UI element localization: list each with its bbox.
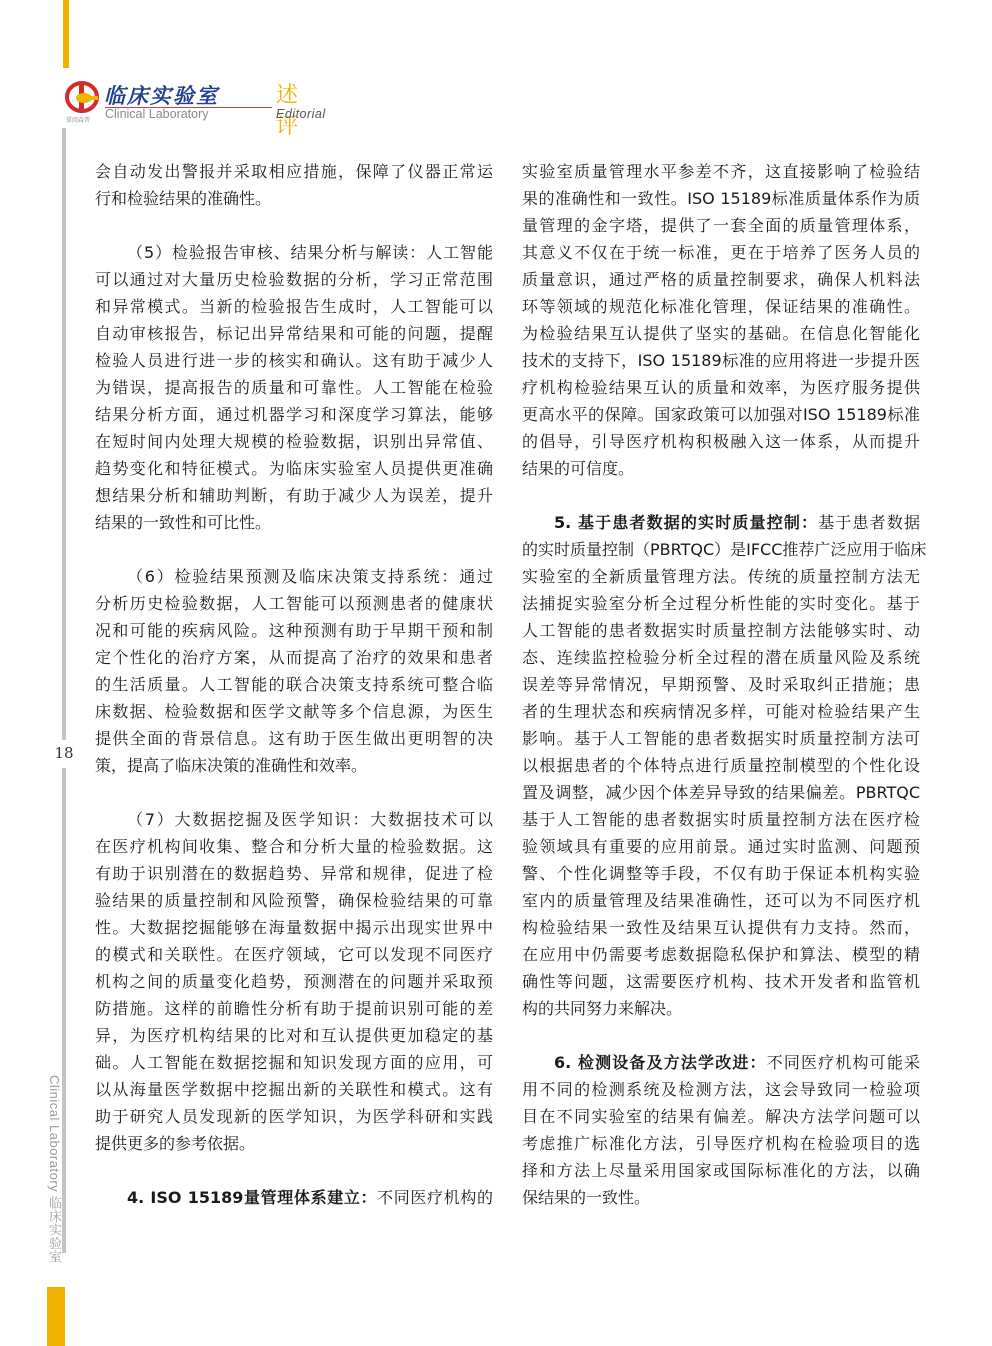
text-line: 为检验结果互认提供了坚实的基础。在信息化智能化 <box>522 320 920 347</box>
logo-title-en: Clinical Laboratory <box>105 107 209 121</box>
text-line: 会自动发出警报并采取相应措施，保障了仪器正常运 <box>95 158 493 185</box>
section-5-first-line: 5. 基于患者数据的实时质量控制：基于患者数据 <box>522 509 920 536</box>
text-line: 的生活质量。人工智能的联合决策支持系统可整合临 <box>95 671 493 698</box>
text-line: 在短时间内处理大规模的检验数据，识别出异常值、 <box>95 428 493 455</box>
text-line: 择和方法上尽量采用国家或国际标准化的方法，以确 <box>522 1157 920 1184</box>
text-line: 基于人工智能的患者数据实时质量控制方法在医疗检 <box>522 806 920 833</box>
text-line: 以从海量医学数据中挖掘出新的关联性和模式。这有 <box>95 1076 493 1103</box>
text-line: 况和可能的疾病风险。这种预测有助于早期干预和制 <box>95 617 493 644</box>
text-line: 态、连续监控检验分析全过程的潜在质量风险及系统 <box>522 644 920 671</box>
section-6-heading: 6. 检测设备及方法学改进： <box>554 1053 767 1072</box>
text-line: 保结果的一致性。 <box>522 1184 920 1211</box>
text-line: 助于研究人员发现新的医学知识，为医学科研和实践 <box>95 1103 493 1130</box>
text-line: 验结果的质量控制和风险预警，确保检验结果的可靠 <box>95 887 493 914</box>
text-line: 定个性化的治疗方案，从而提高了治疗的效果和患者 <box>95 644 493 671</box>
text-line: 构的共同努力来解决。 <box>522 995 920 1022</box>
text-line: 趋势变化和特征模式。为临床实验室人员提供更准确 <box>95 455 493 482</box>
paragraph-item-7: （7）大数据挖掘及医学知识：大数据技术可以在医疗机构间收集、整合和分析大量的检验… <box>95 806 493 1157</box>
text-line: 和异常模式。当新的检验报告生成时，人工智能可以 <box>95 293 493 320</box>
text-line: 用不同的检测系统及检测方法，这会导致同一检验项 <box>522 1076 920 1103</box>
text-line: 提供全面的背景信息。这有助于医生做出更明智的决 <box>95 725 493 752</box>
text-line: （5）检验报告审核、结果分析与解读：人工智能 <box>95 239 493 266</box>
text-line: 结果的可信度。 <box>522 455 920 482</box>
journal-vertical-label: Clinical Laboratory 临床实验室 <box>44 1075 64 1253</box>
journal-logo: 掌阅森普 临床实验室 Clinical Laboratory 述 评 Edito… <box>64 78 284 122</box>
text-line: 提供更多的参考依据。 <box>95 1130 493 1157</box>
section-label-en: Editorial <box>276 107 326 121</box>
text-line: 以根据患者的个体特点进行质量控制模型的个性化设 <box>522 752 920 779</box>
text-line: 在医疗机构间收集、整合和分析大量的检验数据。这 <box>95 833 493 860</box>
logo-title-cn: 临床实验室 <box>104 80 219 110</box>
text-line: 考虑推广标准化方法，引导医疗机构在检验项目的选 <box>522 1130 920 1157</box>
paragraph-item-5: （5）检验报告审核、结果分析与解读：人工智能可以通过对大量历史检验数据的分析，学… <box>95 239 493 536</box>
text-line: 床数据、检验数据和医学文献等多个信息源，为医生 <box>95 698 493 725</box>
text-line: 的倡导，引导医疗机构积极融入这一体系，从而提升 <box>522 428 920 455</box>
text-line: 策，提高了临床决策的准确性和效率。 <box>95 752 493 779</box>
section-4-text: 不同医疗机构的 <box>377 1188 493 1207</box>
paragraph-section-4-continued: 实验室质量管理水平参差不齐，这直接影响了检验结果的准确性和一致性。ISO 151… <box>522 158 920 482</box>
text-line: 防措施。这样的前瞻性分析有助于提前识别可能的差 <box>95 995 493 1022</box>
text-line: 技术的支持下，ISO 15189标准的应用将进一步提升医 <box>522 347 920 374</box>
text-line: 人工智能的患者数据实时质量控制方法能够实时、动 <box>522 617 920 644</box>
text-line: 结果分析方面，通过机器学习和深度学习算法，能够 <box>95 401 493 428</box>
text-line: 想结果分析和辅助判断，有助于减少人为误差，提升 <box>95 482 493 509</box>
text-line: 室内的质量管理及结果准确性，还可以为不同医疗机 <box>522 887 920 914</box>
text-line: 为错误，提高报告的质量和可靠性。人工智能在检验 <box>95 374 493 401</box>
text-line: 异，为医疗机构结果的比对和互认提供更加稳定的基 <box>95 1022 493 1049</box>
right-column: 实验室质量管理水平参差不齐，这直接影响了检验结果的准确性和一致性。ISO 151… <box>522 158 920 1211</box>
text-line: 法捕捉实验室分析全过程分析性能的实时变化。基于 <box>522 590 920 617</box>
text-line: 目在不同实验室的结果有偏差。解决方法学问题可以 <box>522 1103 920 1130</box>
section-4-first-line: 4. ISO 15189量管理体系建立：不同医疗机构的 <box>95 1184 493 1211</box>
text-line: 分析历史检验数据，人工智能可以预测患者的健康状 <box>95 590 493 617</box>
section-5-text: 基于患者数据 <box>818 513 920 532</box>
text-line: 础。人工智能在数据挖掘和知识发现方面的应用，可 <box>95 1049 493 1076</box>
text-line: 验领域具有重要的应用前景。通过实时监测、问题预 <box>522 833 920 860</box>
accent-bar-top <box>63 0 69 68</box>
section-6-text: 不同医疗机构可能采 <box>767 1053 920 1072</box>
section-5-heading: 5. 基于患者数据的实时质量控制： <box>554 513 818 532</box>
section-4-heading: 4. ISO 15189量管理体系建立： <box>127 1188 377 1207</box>
text-line: 量管理的金字塔，提供了一套全面的质量管理体系， <box>522 212 920 239</box>
text-line: 结果的一致性和可比性。 <box>95 509 493 536</box>
paragraph-continued: 会自动发出警报并采取相应措施，保障了仪器正常运行和检验结果的准确性。 <box>95 158 493 212</box>
logo-mark-icon <box>64 80 100 118</box>
text-line: 有助于识别潜在的数据趋势、异常和规律，促进了检 <box>95 860 493 887</box>
text-line: 构检验结果一致性及结果互认提供有力支持。然而， <box>522 914 920 941</box>
text-line: （7）大数据挖掘及医学知识：大数据技术可以 <box>95 806 493 833</box>
text-line: 其意义不仅在于统一标准，更在于培养了医务人员的 <box>522 239 920 266</box>
text-line: 可以通过对大量历史检验数据的分析，学习正常范围 <box>95 266 493 293</box>
text-line: 的实时质量控制（PBRTQC）是IFCC推荐广泛应用于临床 <box>522 536 920 563</box>
text-line: 实验室的全新质量管理方法。传统的质量控制方法无 <box>522 563 920 590</box>
paragraph-item-6: （6）检验结果预测及临床决策支持系统：通过分析历史检验数据，人工智能可以预测患者… <box>95 563 493 779</box>
text-line: 果的准确性和一致性。ISO 15189标准质量体系作为质 <box>522 185 920 212</box>
text-line: 实验室质量管理水平参差不齐，这直接影响了检验结 <box>522 158 920 185</box>
text-line: 自动审核报告，标记出异常结果和可能的问题，提醒 <box>95 320 493 347</box>
text-line: 性。大数据挖掘能够在海量数据中揭示出现实世界中 <box>95 914 493 941</box>
section-6-first-line: 6. 检测设备及方法学改进：不同医疗机构可能采 <box>522 1049 920 1076</box>
text-line: 在应用中仍需要考虑数据隐私保护和算法、模型的精 <box>522 941 920 968</box>
text-line: 者的生理状态和疾病情况多样，可能对检验结果产生 <box>522 698 920 725</box>
text-line: （6）检验结果预测及临床决策支持系统：通过 <box>95 563 493 590</box>
text-line: 疗机构检验结果互认的质量和效率，为医疗服务提供 <box>522 374 920 401</box>
text-line: 影响。基于人工智能的患者数据实时质量控制方法可 <box>522 725 920 752</box>
text-line: 质量意识，通过严格的质量控制要求，确保人机料法 <box>522 266 920 293</box>
rail-line-upper <box>62 128 66 740</box>
text-line: 检验人员进行进一步的核实和确认。这有助于减少人 <box>95 347 493 374</box>
text-line: 行和检验结果的准确性。 <box>95 185 493 212</box>
text-line: 警、个性化调整等手段，不仅有助于保证本机构实验 <box>522 860 920 887</box>
text-line: 的模式和关联性。在医疗领域，它可以发现不同医疗 <box>95 941 493 968</box>
text-line: 环等领域的规范化标准化管理，保证结果的准确性。 <box>522 293 920 320</box>
text-line: 机构之间的质量变化趋势，预测潜在的问题并采取预 <box>95 968 493 995</box>
left-column: 会自动发出警报并采取相应措施，保障了仪器正常运行和检验结果的准确性。 （5）检验… <box>95 158 493 1211</box>
text-line: 误差等异常情况，早期预警、及时采取纠正措施；患 <box>522 671 920 698</box>
page-number: 18 <box>48 740 80 766</box>
paragraph-section-5: 的实时质量控制（PBRTQC）是IFCC推荐广泛应用于临床实验室的全新质量管理方… <box>522 536 920 1022</box>
text-line: 置及调整，减少因个体差异导致的结果偏差。PBRTQC <box>522 779 920 806</box>
logo-subtext: 掌阅森普 <box>66 115 90 124</box>
text-line: 更高水平的保障。国家政策可以加强对ISO 15189标准 <box>522 401 920 428</box>
paragraph-section-6: 用不同的检测系统及检测方法，这会导致同一检验项目在不同实验室的结果有偏差。解决方… <box>522 1076 920 1211</box>
accent-bar-bottom <box>47 1287 65 1346</box>
text-line: 确性等问题，这需要医疗机构、技术开发者和监管机 <box>522 968 920 995</box>
